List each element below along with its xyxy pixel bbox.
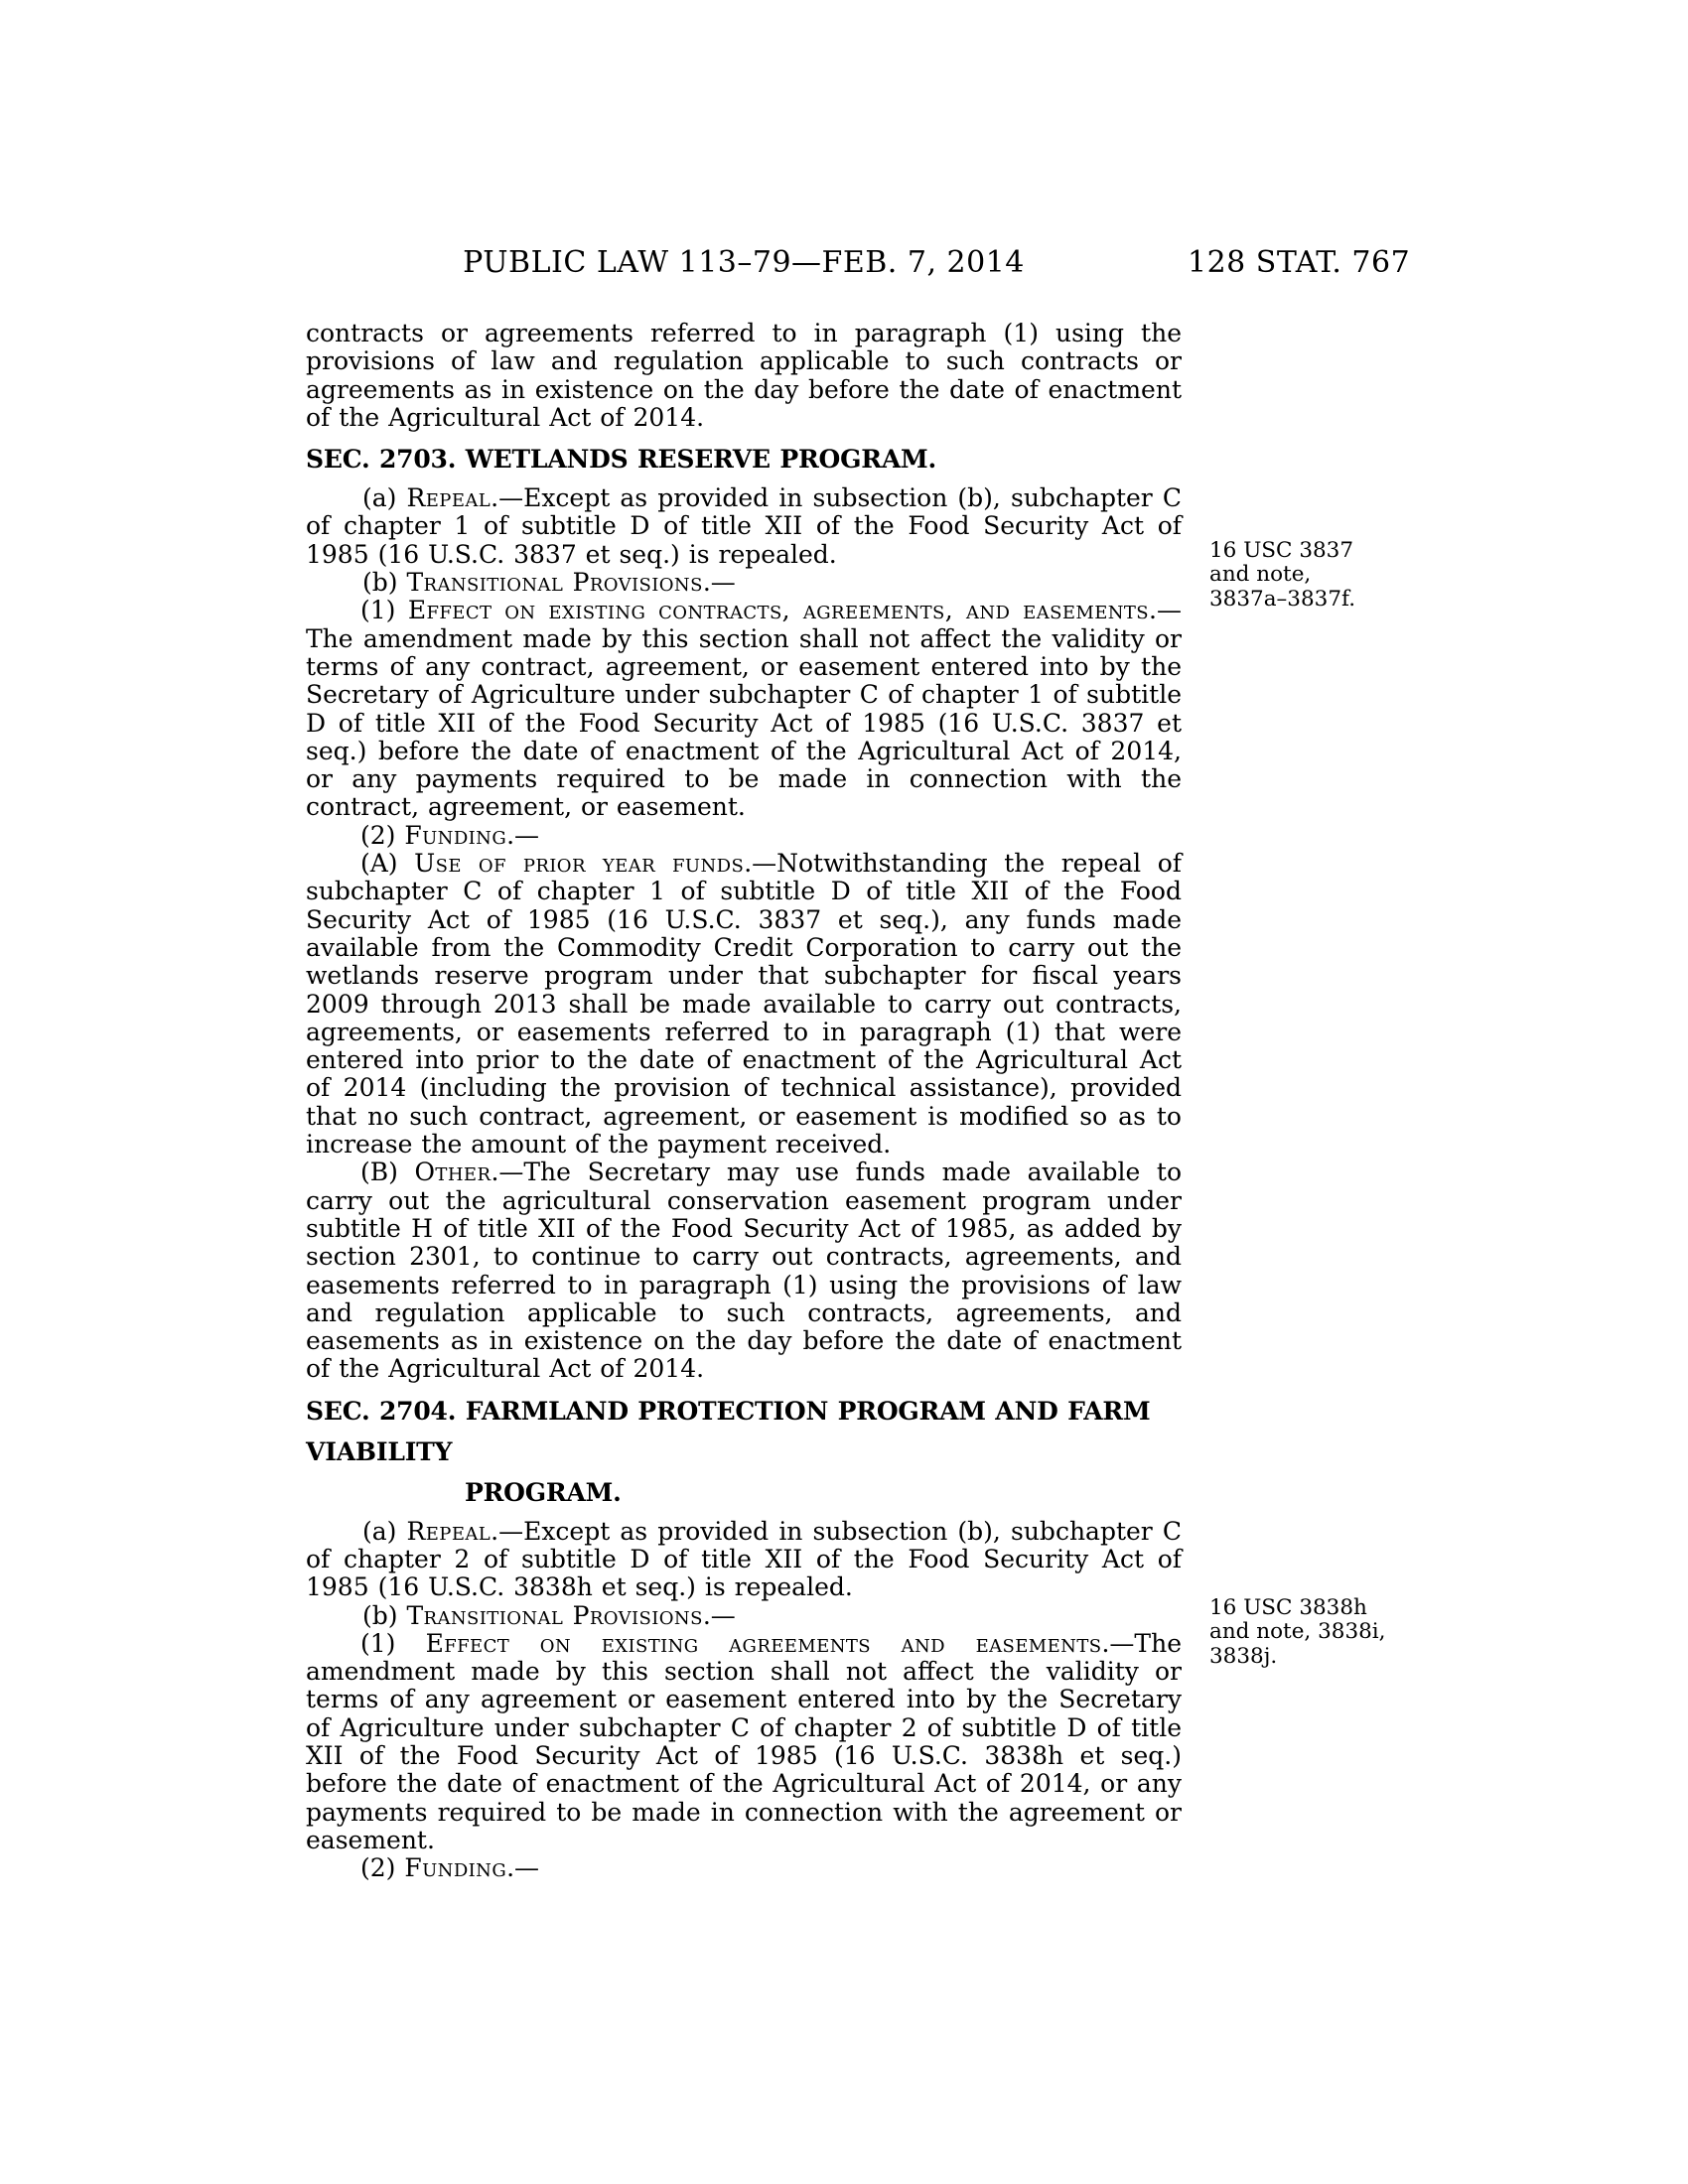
section-heading-2703-text: SEC. 2703. WETLANDS RESERVE PROGRAM. <box>306 439 1182 479</box>
para-2704-b1-term: Effect on existing agreements and easeme… <box>426 1629 1102 1658</box>
para-2703-b2B-text: .—The Secretary may use funds made avail… <box>306 1158 1182 1383</box>
para-2703-b2B-term: Other <box>415 1158 492 1186</box>
para-2704-b-term: Transitional Provisions <box>406 1601 702 1630</box>
para-2703-b2A-term: Use of prior year funds <box>414 849 744 878</box>
paragraph-continuation: contracts or agreements referred to in p… <box>306 320 1182 432</box>
section-heading-2704-line1: SEC. 2704. FARMLAND PROTECTION PROGRAM A… <box>306 1391 1182 1472</box>
para-2703-b2A-enum: (A) <box>360 849 414 878</box>
para-2704-b-text: .— <box>703 1601 736 1630</box>
para-2704-b1-text: .—The amendment made by this section sha… <box>306 1629 1182 1854</box>
para-2703-b2B-enum: (B) <box>360 1158 415 1186</box>
section-heading-2704-line2: PROGRAM. <box>465 1472 1182 1513</box>
para-2703-b2-enum: (2) <box>360 821 404 850</box>
paragraph-2703-b: (b) Transitional Provisions.— <box>306 569 1182 597</box>
paragraph-2703-b2: (2) Funding.— <box>306 822 1182 850</box>
section-heading-2703: SEC. 2703. WETLANDS RESERVE PROGRAM. <box>306 439 1182 479</box>
margin-note-2-line2: and note, 3838i, <box>1209 1620 1423 1644</box>
para-2704-a-term: Repeal <box>407 1517 492 1546</box>
text-column: contracts or agreements referred to in p… <box>306 320 1182 1883</box>
paragraph-2704-a: (a) Repeal.—Except as provided in subsec… <box>306 1518 1182 1602</box>
para-2703-b2A-text: .—Notwithstanding the repeal of subchapt… <box>306 849 1182 1159</box>
para-2704-b2-enum: (2) <box>360 1853 404 1882</box>
running-head-title: PUBLIC LAW 113–79—FEB. 7, 2014 <box>306 245 1182 280</box>
para-2703-b1-enum: (1) <box>360 596 408 624</box>
paragraph-2704-b1: (1) Effect on existing agreements and ea… <box>306 1630 1182 1854</box>
paragraph-2704-b2: (2) Funding.— <box>306 1854 1182 1882</box>
statute-page: PUBLIC LAW 113–79—FEB. 7, 2014 128 STAT.… <box>0 0 1688 2184</box>
para-2703-b2-text: .— <box>506 821 539 850</box>
page-stat-number: 128 STAT. 767 <box>1188 245 1410 280</box>
margin-note-16usc3837: 16 USC 3837 and note, 3837a–3837f. <box>1209 539 1423 612</box>
para-2704-b2-text: .— <box>506 1853 539 1882</box>
paragraph-2703-b2A: (A) Use of prior year funds.—Notwithstan… <box>306 850 1182 1159</box>
para-2704-b1-enum: (1) <box>360 1629 426 1658</box>
margin-note-16usc3838h: 16 USC 3838h and note, 3838i, 3838j. <box>1209 1596 1423 1669</box>
paragraph-2703-b1: (1) Effect on existing contracts, agreem… <box>306 597 1182 821</box>
para-2703-b1-term: Effect on existing contracts, agreements… <box>408 596 1149 624</box>
section-heading-2704: SEC. 2704. FARMLAND PROTECTION PROGRAM A… <box>306 1391 1182 1513</box>
para-2703-b1-text: .—The amendment made by this section sha… <box>306 596 1182 821</box>
para-2703-b-enum: (b) <box>362 568 406 597</box>
para-2703-b-text: .— <box>703 568 736 597</box>
paragraph-2703-b2B: (B) Other.—The Secretary may use funds m… <box>306 1159 1182 1383</box>
margin-note-1-line1: 16 USC 3837 <box>1209 539 1423 563</box>
margin-note-1-line2: and note, <box>1209 563 1423 587</box>
para-2704-b2-term: Funding <box>404 1853 506 1882</box>
para-2704-a-enum: (a) <box>362 1517 407 1546</box>
para-2704-b-enum: (b) <box>362 1601 406 1630</box>
margin-note-1-line3: 3837a–3837f. <box>1209 588 1423 612</box>
para-2703-a-enum: (a) <box>362 483 407 512</box>
paragraph-2704-b: (b) Transitional Provisions.— <box>306 1602 1182 1630</box>
margin-note-2-line3: 3838j. <box>1209 1645 1423 1669</box>
para-2703-b-term: Transitional Provisions <box>406 568 702 597</box>
paragraph-2703-a: (a) Repeal.—Except as provided in subsec… <box>306 484 1182 569</box>
para-2703-b2-term: Funding <box>404 821 506 850</box>
margin-note-2-line1: 16 USC 3838h <box>1209 1596 1423 1620</box>
para-2703-a-term: Repeal <box>407 483 492 512</box>
